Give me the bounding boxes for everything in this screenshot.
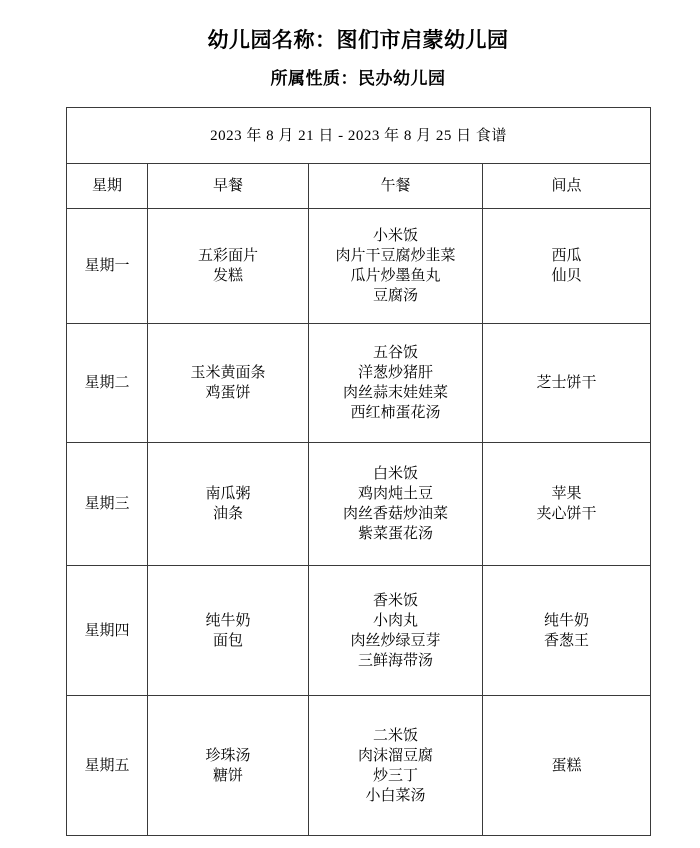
column-header-snack: 间点 (483, 164, 651, 209)
breakfast-cell: 南瓜粥 油条 (148, 443, 309, 566)
day-cell: 星期三 (67, 443, 148, 566)
snack-cell: 苹果 夹心饼干 (483, 443, 651, 566)
breakfast-cell: 五彩面片 发糕 (148, 209, 309, 324)
page-title: 幼儿园名称：图们市启蒙幼儿园 (66, 0, 650, 54)
table-row-friday: 星期五 珍珠汤 糖饼 二米饭 肉沫溜豆腐 炒三丁 小白菜汤 蛋糕 (67, 696, 651, 836)
column-header-lunch: 午餐 (309, 164, 483, 209)
document-page: 幼儿园名称：图们市启蒙幼儿园 所属性质：民办幼儿园 2023 年 8 月 21 … (0, 0, 700, 848)
column-header-day: 星期 (67, 164, 148, 209)
day-cell: 星期一 (67, 209, 148, 324)
lunch-cell: 小米饭 肉片干豆腐炒韭菜 瓜片炒墨鱼丸 豆腐汤 (309, 209, 483, 324)
menu-table: 2023 年 8 月 21 日 - 2023 年 8 月 25 日 食谱 星期 … (66, 107, 651, 836)
column-header-breakfast: 早餐 (148, 164, 309, 209)
table-row-wednesday: 星期三 南瓜粥 油条 白米饭 鸡肉炖土豆 肉丝香菇炒油菜 紫菜蛋花汤 苹果 夹心… (67, 443, 651, 566)
breakfast-cell: 珍珠汤 糖饼 (148, 696, 309, 836)
table-caption-row: 2023 年 8 月 21 日 - 2023 年 8 月 25 日 食谱 (67, 108, 651, 164)
table-row-monday: 星期一 五彩面片 发糕 小米饭 肉片干豆腐炒韭菜 瓜片炒墨鱼丸 豆腐汤 西瓜 仙… (67, 209, 651, 324)
lunch-cell: 白米饭 鸡肉炖土豆 肉丝香菇炒油菜 紫菜蛋花汤 (309, 443, 483, 566)
day-cell: 星期四 (67, 566, 148, 696)
snack-cell: 芝士饼干 (483, 324, 651, 443)
table-row-tuesday: 星期二 玉米黄面条 鸡蛋饼 五谷饭 洋葱炒猪肝 肉丝蒜末娃娃菜 西红柿蛋花汤 芝… (67, 324, 651, 443)
lunch-cell: 二米饭 肉沫溜豆腐 炒三丁 小白菜汤 (309, 696, 483, 836)
document-content: 幼儿园名称：图们市启蒙幼儿园 所属性质：民办幼儿园 2023 年 8 月 21 … (66, 0, 650, 836)
day-cell: 星期二 (67, 324, 148, 443)
breakfast-cell: 纯牛奶 面包 (148, 566, 309, 696)
table-header-row: 星期 早餐 午餐 间点 (67, 164, 651, 209)
table-row-thursday: 星期四 纯牛奶 面包 香米饭 小肉丸 肉丝炒绿豆芽 三鲜海带汤 纯牛奶 香葱王 (67, 566, 651, 696)
snack-cell: 蛋糕 (483, 696, 651, 836)
table-caption: 2023 年 8 月 21 日 - 2023 年 8 月 25 日 食谱 (67, 108, 651, 164)
lunch-cell: 五谷饭 洋葱炒猪肝 肉丝蒜末娃娃菜 西红柿蛋花汤 (309, 324, 483, 443)
day-cell: 星期五 (67, 696, 148, 836)
lunch-cell: 香米饭 小肉丸 肉丝炒绿豆芽 三鲜海带汤 (309, 566, 483, 696)
snack-cell: 西瓜 仙贝 (483, 209, 651, 324)
page-subtitle: 所属性质：民办幼儿园 (66, 54, 650, 90)
breakfast-cell: 玉米黄面条 鸡蛋饼 (148, 324, 309, 443)
snack-cell: 纯牛奶 香葱王 (483, 566, 651, 696)
